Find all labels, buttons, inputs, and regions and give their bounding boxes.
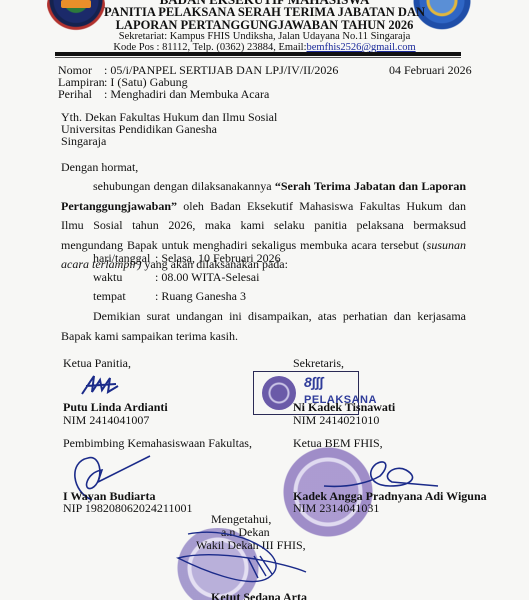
detail-label-time: waktu xyxy=(93,270,122,285)
committee-logo-icon: 8∫∫∫ xyxy=(304,374,352,392)
approval-signature-icon xyxy=(178,528,308,590)
chair-signature-icon xyxy=(80,372,120,398)
header-rule-thin xyxy=(55,57,461,58)
chair-role: Ketua Panitia, xyxy=(63,356,131,371)
detail-value-time: : 08.00 WITA-Selesai xyxy=(155,270,259,285)
recipient-line-3: Singaraja xyxy=(61,134,106,149)
approval-name: Ketut Sedana Arta xyxy=(211,590,307,600)
meta-value-perihal: : Menghadiri dan Membuka Acara xyxy=(104,87,269,102)
p1-start: sehubungan dengan dilaksanakannya xyxy=(93,179,275,193)
chair-id: NIM 2414041007 xyxy=(63,413,149,428)
secretary-id: NIM 2414021010 xyxy=(293,413,379,428)
bem-head-id: NIM 2314041031 xyxy=(293,501,379,516)
meta-label-perihal: Perihal xyxy=(58,87,92,102)
advisor-role: Pembimbing Kemahasiswaan Fakultas, xyxy=(63,436,252,451)
detail-label-place: tempat xyxy=(93,289,126,304)
closing-paragraph: Demikian surat undangan ini disampaikan,… xyxy=(61,307,466,346)
secretariat-address: Sekretariat: Kampus FHIS Undiksha, Jalan… xyxy=(0,31,529,42)
detail-label-date: hari/tanggal xyxy=(93,251,150,266)
secretary-role: Sekretaris, xyxy=(293,356,344,371)
detail-value-place: : Ruang Ganesha 3 xyxy=(155,289,246,304)
header-rule xyxy=(55,52,461,56)
stamp-seal-icon xyxy=(262,376,296,410)
letter-date: 04 Februari 2026 xyxy=(389,63,472,78)
detail-value-date: : Selasa, 10 Februari 2026 xyxy=(155,251,281,266)
advisor-id: NIP 198208062024211001 xyxy=(63,501,192,516)
greeting: Dengan hormat, xyxy=(61,160,138,175)
bem-head-role: Ketua BEM FHIS, xyxy=(293,436,383,451)
